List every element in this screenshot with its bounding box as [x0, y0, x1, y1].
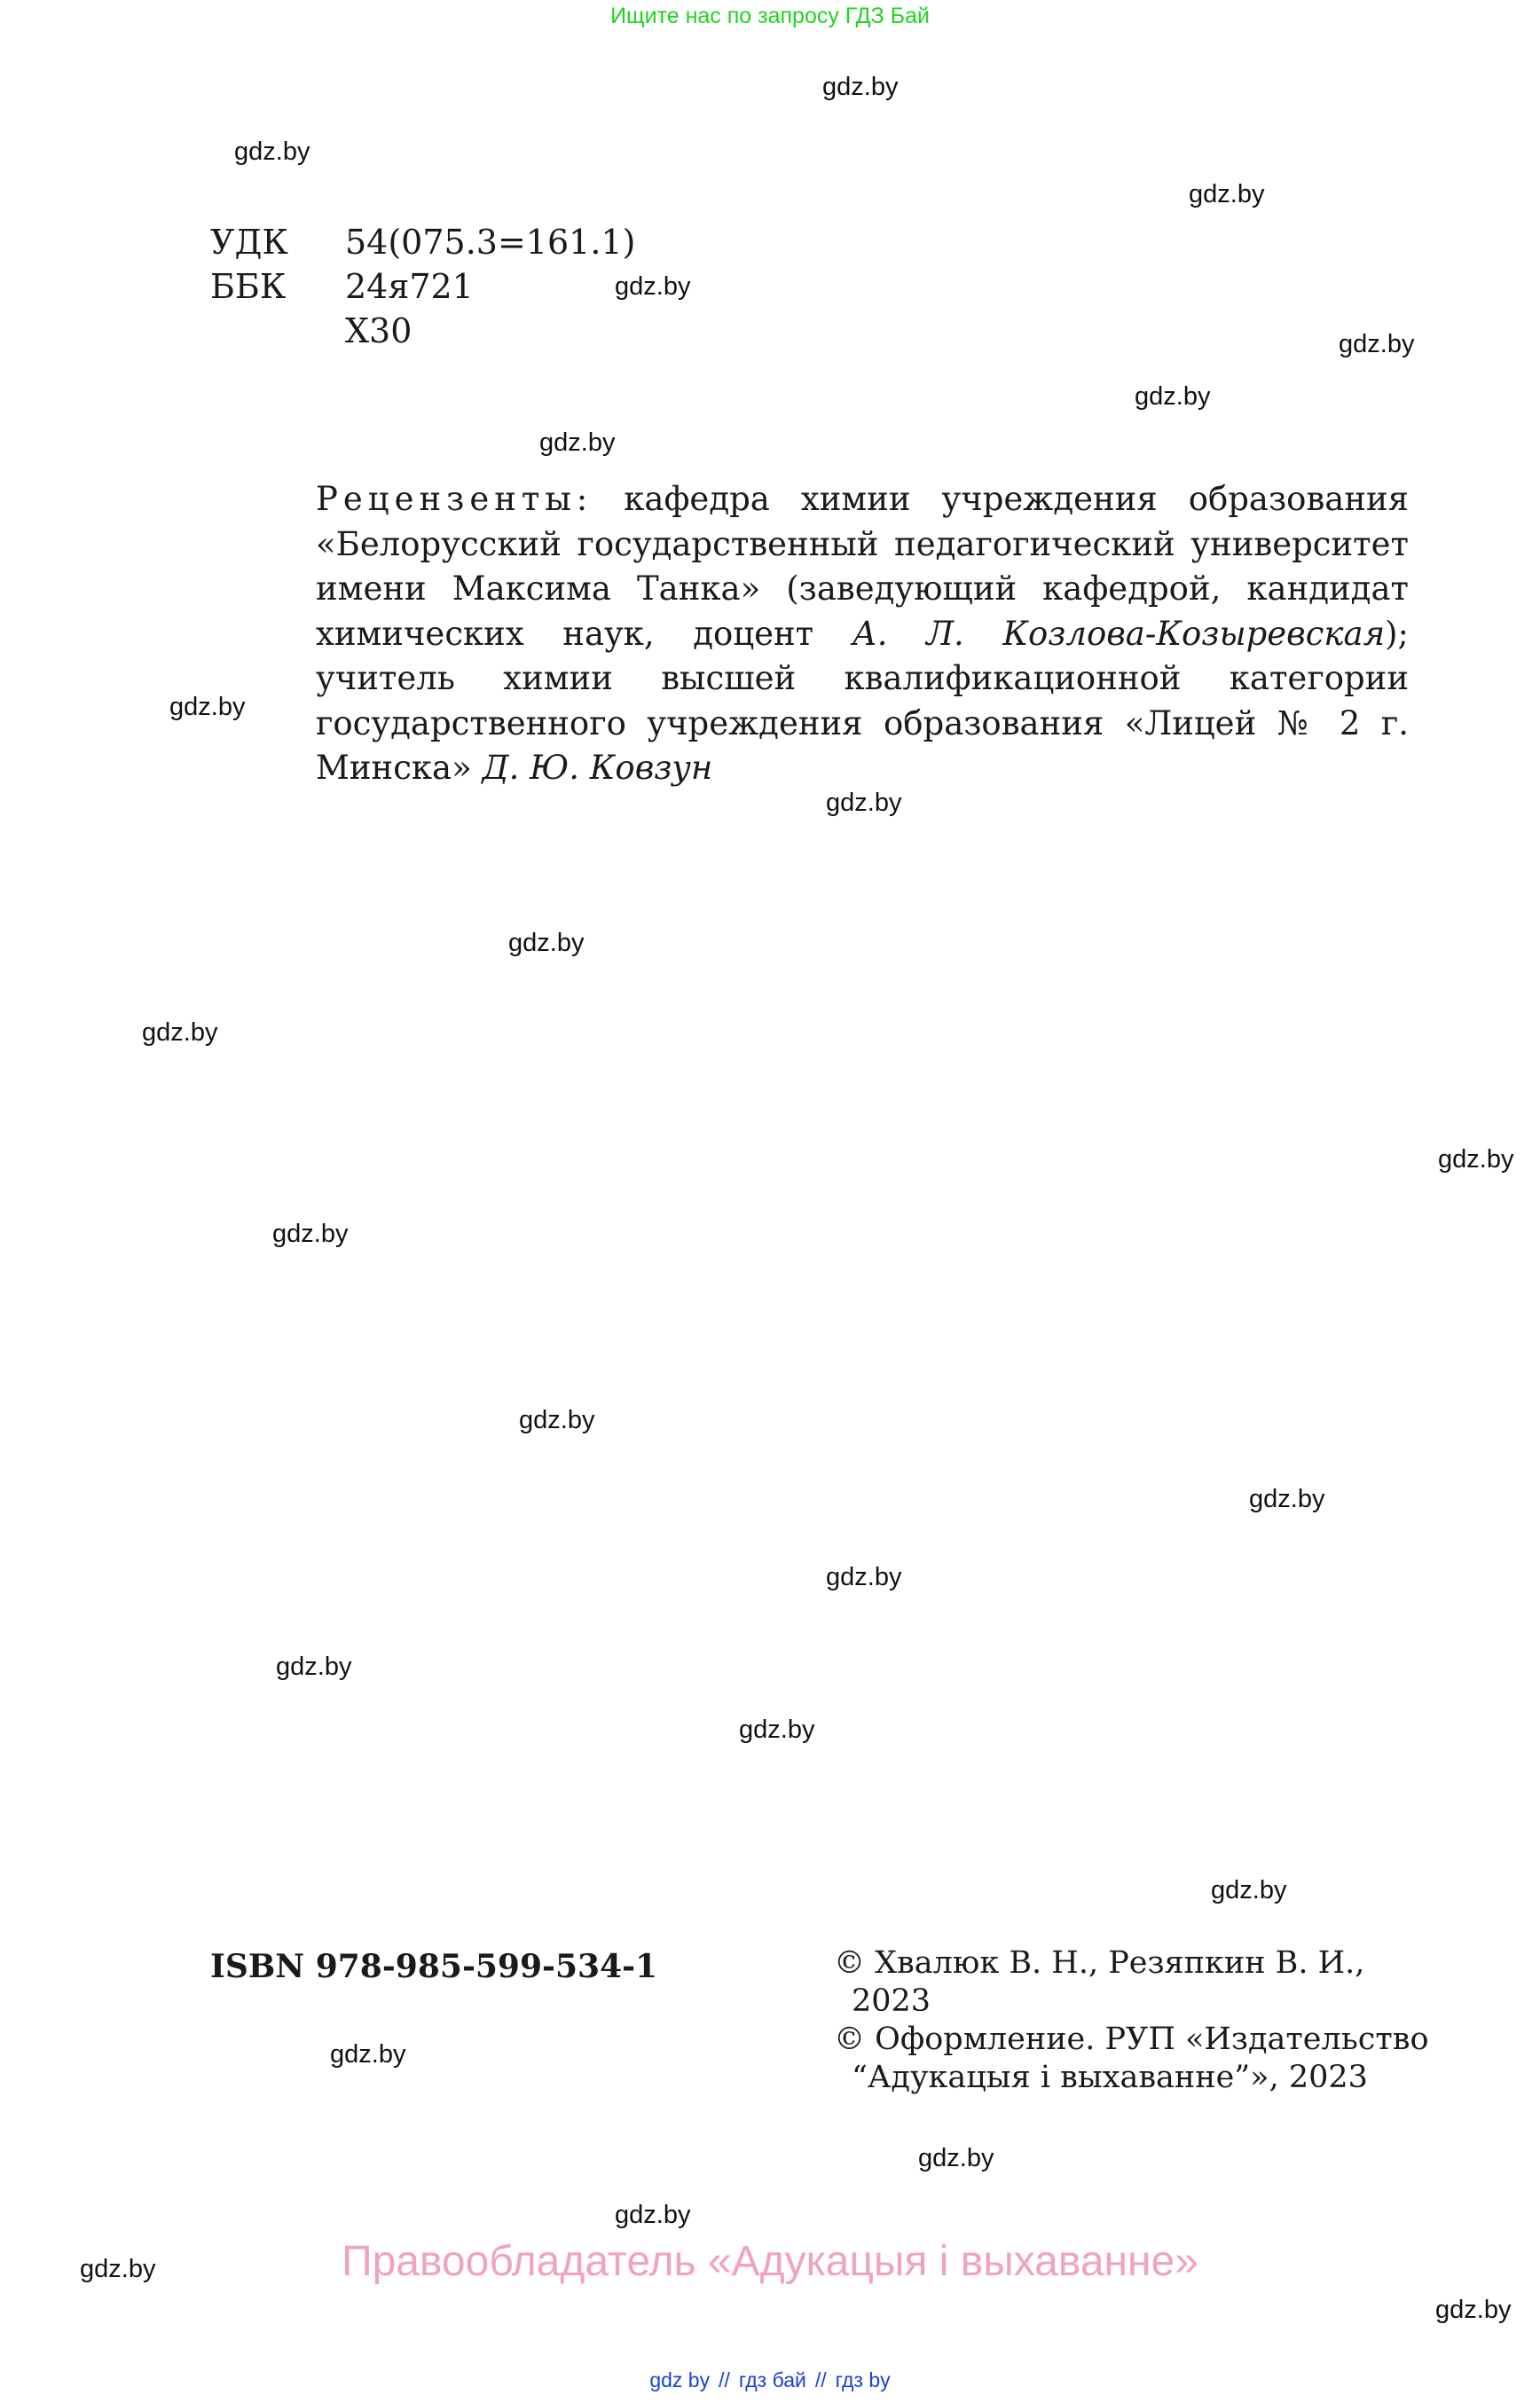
udk-label: УДК	[210, 220, 345, 264]
copyright-block: © Хвалюк В. Н., Резяпкин В. И., 2023 © О…	[834, 1944, 1429, 2097]
watermark: gdz.by	[272, 1220, 348, 1249]
watermark: gdz.by	[80, 2255, 155, 2284]
copyright-authors-year: 2023	[834, 1983, 1429, 2021]
watermark: gdz.by	[1211, 1876, 1286, 1905]
watermark: gdz.by	[1135, 382, 1210, 412]
author-mark-row: Х30	[210, 309, 635, 353]
watermark: gdz.by	[276, 1653, 351, 1682]
udk-value: 54(075.3=161.1)	[345, 220, 635, 264]
udk-row: УДК 54(075.3=161.1)	[210, 220, 635, 264]
watermark: gdz.by	[519, 1406, 594, 1435]
reviewers-paragraph: Рецензенты: кафедра химии учреждения обр…	[316, 477, 1409, 791]
copyright-authors: © Хвалюк В. Н., Резяпкин В. И.,	[834, 1944, 1429, 1983]
link-gdz-by-cyr[interactable]: гдз by	[836, 2368, 891, 2391]
reviewer-name-2: Д. Ю. Ковзун	[483, 749, 713, 787]
bottom-links: gdz by//гдз бай//гдз by	[0, 2368, 1540, 2392]
watermark: gdz.by	[739, 1716, 814, 1745]
isbn: ISBN 978-985-599-534-1	[210, 1948, 657, 1985]
watermark: gdz.by	[615, 2201, 690, 2230]
link-gdz-bai[interactable]: гдз бай	[739, 2368, 806, 2391]
reviewers-heading: Рецензенты:	[316, 480, 593, 518]
watermark: gdz.by	[615, 272, 690, 302]
separator: //	[815, 2368, 827, 2391]
author-mark: Х30	[345, 309, 412, 353]
watermark: gdz.by	[1438, 1145, 1513, 1174]
top-banner: Ищите нас по запросу ГДЗ Бай	[0, 4, 1540, 29]
link-gdz-by[interactable]: gdz by	[649, 2368, 710, 2391]
watermark: gdz.by	[1189, 180, 1264, 209]
watermark: gdz.by	[1339, 330, 1414, 359]
watermark: gdz.by	[1435, 2296, 1511, 2325]
bbk-row: ББК 24я721	[210, 264, 635, 309]
watermark: gdz.by	[234, 137, 310, 167]
watermark: gdz.by	[822, 73, 898, 102]
copyright-design-publisher: “Адукацыя і выхаванне”», 2023	[834, 2059, 1429, 2097]
watermark: gdz.by	[539, 428, 615, 458]
watermark: gdz.by	[826, 1563, 901, 1592]
watermark: gdz.by	[1249, 1485, 1324, 1514]
rights-holder: Правообладатель «Адукацыя і выхаванне»	[0, 2237, 1540, 2286]
watermark: gdz.by	[169, 693, 245, 722]
watermark: gdz.by	[918, 2144, 994, 2173]
watermark: gdz.by	[330, 2040, 405, 2069]
reviewer-name-1: А. Л. Козлова-Козыревская	[852, 615, 1385, 653]
watermark: gdz.by	[826, 789, 901, 818]
bbk-label: ББК	[210, 264, 345, 309]
copyright-design: © Оформление. РУП «Издательство	[834, 2021, 1429, 2059]
bbk-value: 24я721	[345, 264, 474, 309]
watermark: gdz.by	[508, 929, 584, 958]
separator: //	[719, 2368, 730, 2391]
watermark: gdz.by	[142, 1018, 217, 1048]
catalog-codes: УДК 54(075.3=161.1) ББК 24я721 Х30	[210, 220, 635, 353]
